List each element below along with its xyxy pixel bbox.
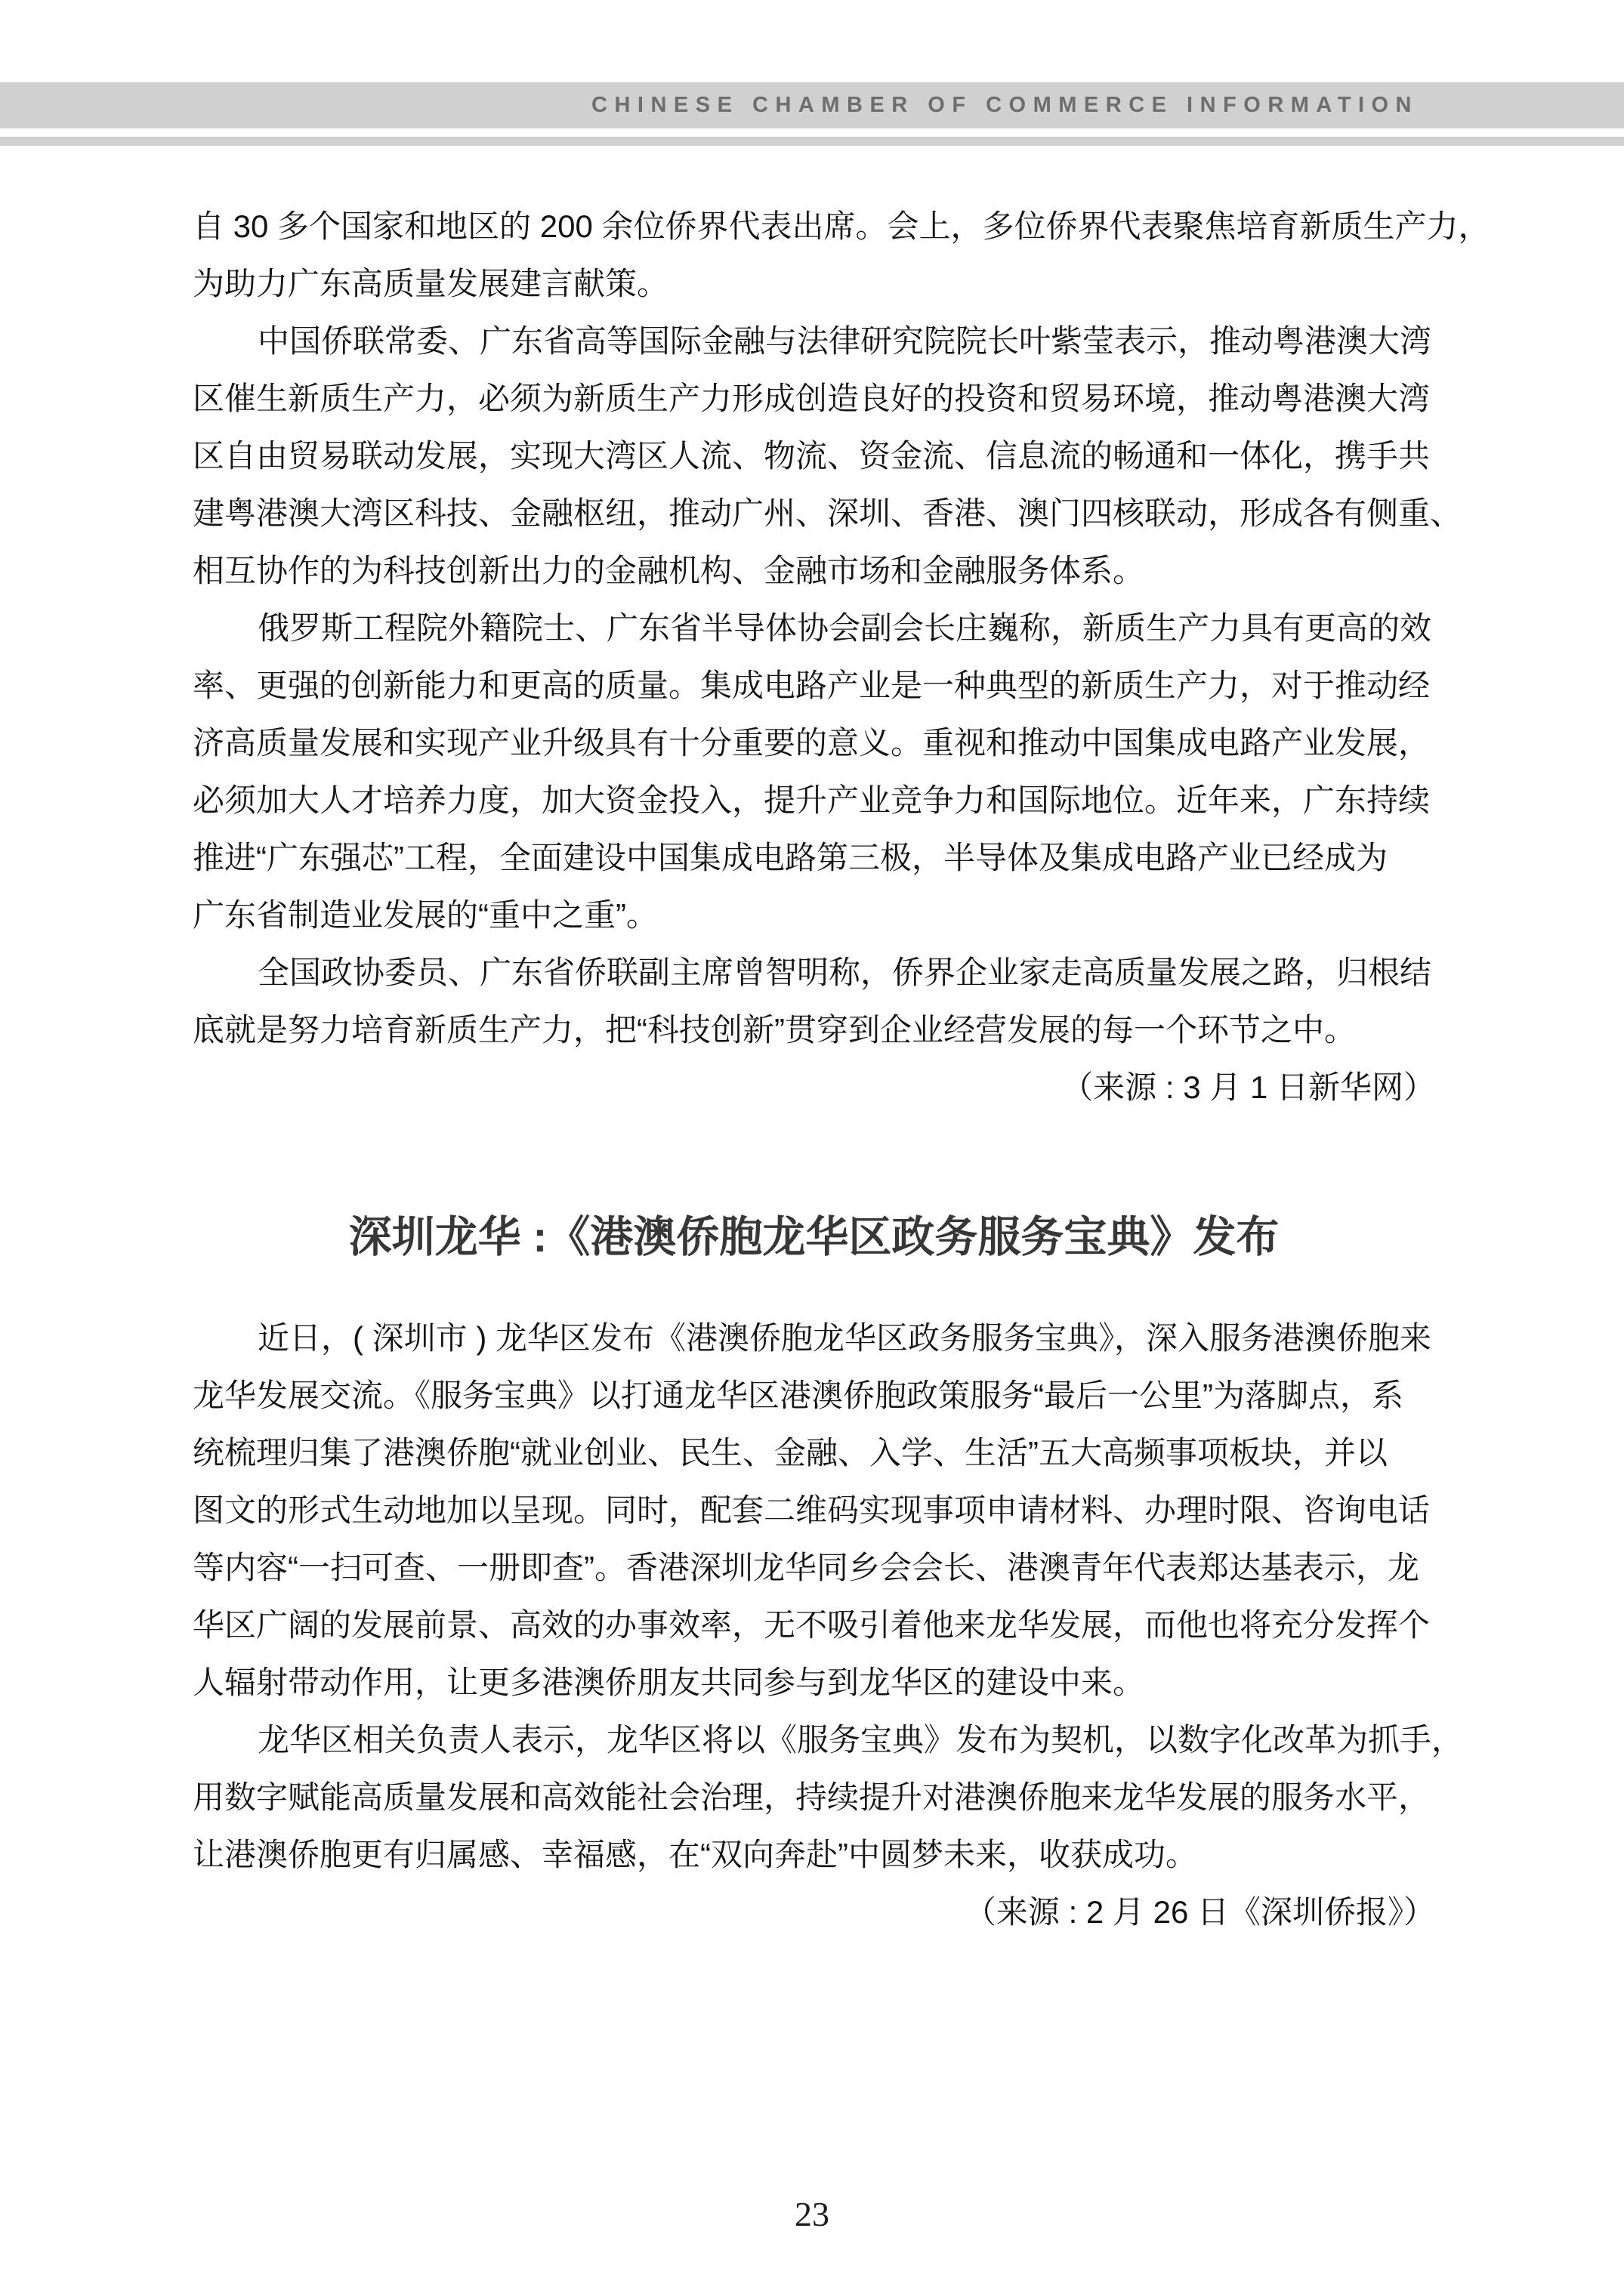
- text-line: 推进“广东强芯”工程，全面建设中国集成电路第三极，半导体及集成电路产业已经成为: [193, 829, 1435, 887]
- text-line: 俄罗斯工程院外籍院士、广东省半导体协会副会长庄巍称，新质生产力具有更高的效: [193, 600, 1435, 657]
- text-line: 龙华发展交流。《服务宝典》以打通龙华区港澳侨胞政策服务“最后一公里”为落脚点，系: [193, 1367, 1435, 1424]
- text-line: 华区广阔的发展前景、高效的办事效率，无不吸引着他来龙华发展，而他也将充分发挥个: [193, 1597, 1435, 1654]
- text-line: 统梳理归集了港澳侨胞“就业创业、民生、金融、入学、生活”五大高频事项板块，并以: [193, 1424, 1435, 1482]
- paragraph: 俄罗斯工程院外籍院士、广东省半导体协会副会长庄巍称，新质生产力具有更高的效率、更…: [193, 600, 1435, 944]
- paragraph: 龙华区相关负责人表示，龙华区将以《服务宝典》发布为契机，以数字化改革为抓手，用数…: [193, 1711, 1435, 1884]
- article-1-body: 自 30 多个国家和地区的 200 余位侨界代表出席。会上，多位侨界代表聚焦培育…: [193, 198, 1435, 1116]
- text-line: 让港澳侨胞更有归属感、幸福感，在“双向奔赴”中圆梦未来，收获成功。: [193, 1826, 1435, 1884]
- header-rule-bar: [0, 137, 1624, 146]
- text-line: 底就是努力培育新质生产力，把“科技创新”贯穿到企业经营发展的每一个环节之中。: [193, 1001, 1435, 1059]
- text-line: 必须加大人才培养力度，加大资金投入，提升产业竞争力和国际地位。近年来，广东持续: [193, 772, 1435, 829]
- text-line: 区催生新质生产力，必须为新质生产力形成创造良好的投资和贸易环境，推动粤港澳大湾: [193, 370, 1435, 427]
- text-line: 中国侨联常委、广东省高等国际金融与法律研究院院长叶紫莹表示，推动粤港澳大湾: [193, 313, 1435, 370]
- text-line: 龙华区相关负责人表示，龙华区将以《服务宝典》发布为契机，以数字化改革为抓手，: [193, 1711, 1435, 1769]
- text-line: 自 30 多个国家和地区的 200 余位侨界代表出席。会上，多位侨界代表聚焦培育…: [193, 198, 1435, 255]
- text-line: 等内容“一扫可查、一册即查”。香港深圳龙华同乡会会长、港澳青年代表郑达基表示，龙: [193, 1539, 1435, 1597]
- text-line: 为助力广东高质量发展建言献策。: [193, 255, 1435, 313]
- text-line: 区自由贸易联动发展，实现大湾区人流、物流、资金流、信息流的畅通和一体化，携手共: [193, 427, 1435, 485]
- text-line: 广东省制造业发展的“重中之重”。: [193, 887, 1435, 944]
- paragraph: 近日，( 深圳市 ) 龙华区发布《港澳侨胞龙华区政务服务宝典》，深入服务港澳侨胞…: [193, 1310, 1435, 1711]
- paragraph: 自 30 多个国家和地区的 200 余位侨界代表出席。会上，多位侨界代表聚焦培育…: [193, 198, 1435, 313]
- text-line: 率、更强的创新能力和更高的质量。集成电路产业是一种典型的新质生产力，对于推动经: [193, 657, 1435, 714]
- text-line: 相互协作的为科技创新出力的金融机构、金融市场和金融服务体系。: [193, 542, 1435, 600]
- paragraph: 中国侨联常委、广东省高等国际金融与法律研究院院长叶紫莹表示，推动粤港澳大湾区催生…: [193, 313, 1435, 600]
- page-number: 23: [0, 2192, 1624, 2237]
- article-2-title: 深圳龙华 :《港澳侨胞龙华区政务服务宝典》发布: [193, 1207, 1435, 1267]
- paragraph: 全国政协委员、广东省侨联副主席曾智明称，侨界企业家走高质量发展之路，归根结底就是…: [193, 944, 1435, 1059]
- text-line: 用数字赋能高质量发展和高效能社会治理，持续提升对港澳侨胞来龙华发展的服务水平，: [193, 1769, 1435, 1826]
- document-page: CHINESE CHAMBER OF COMMERCE INFORMATION …: [0, 0, 1624, 2293]
- text-line: 济高质量发展和实现产业升级具有十分重要的意义。重视和推动中国集成电路产业发展，: [193, 714, 1435, 772]
- article-1-source: （来源 : 3 月 1 日新华网）: [193, 1059, 1435, 1116]
- text-line: 建粤港澳大湾区科技、金融枢纽，推动广州、深圳、香港、澳门四核联动，形成各有侧重、: [193, 485, 1435, 542]
- text-line: 全国政协委员、广东省侨联副主席曾智明称，侨界企业家走高质量发展之路，归根结: [193, 944, 1435, 1001]
- text-line: 近日，( 深圳市 ) 龙华区发布《港澳侨胞龙华区政务服务宝典》，深入服务港澳侨胞…: [193, 1310, 1435, 1367]
- header-bar: CHINESE CHAMBER OF COMMERCE INFORMATION: [0, 82, 1624, 128]
- article-2-source: （来源 : 2 月 26 日《深圳侨报》）: [193, 1884, 1435, 1941]
- text-line: 人辐射带动作用，让更多港澳侨朋友共同参与到龙华区的建设中来。: [193, 1654, 1435, 1711]
- header-banner-text: CHINESE CHAMBER OF COMMERCE INFORMATION: [0, 82, 1624, 128]
- text-line: 图文的形式生动地加以呈现。同时，配套二维码实现事项申请材料、办理时限、咨询电话: [193, 1482, 1435, 1539]
- article-2-body: 近日，( 深圳市 ) 龙华区发布《港澳侨胞龙华区政务服务宝典》，深入服务港澳侨胞…: [193, 1310, 1435, 1941]
